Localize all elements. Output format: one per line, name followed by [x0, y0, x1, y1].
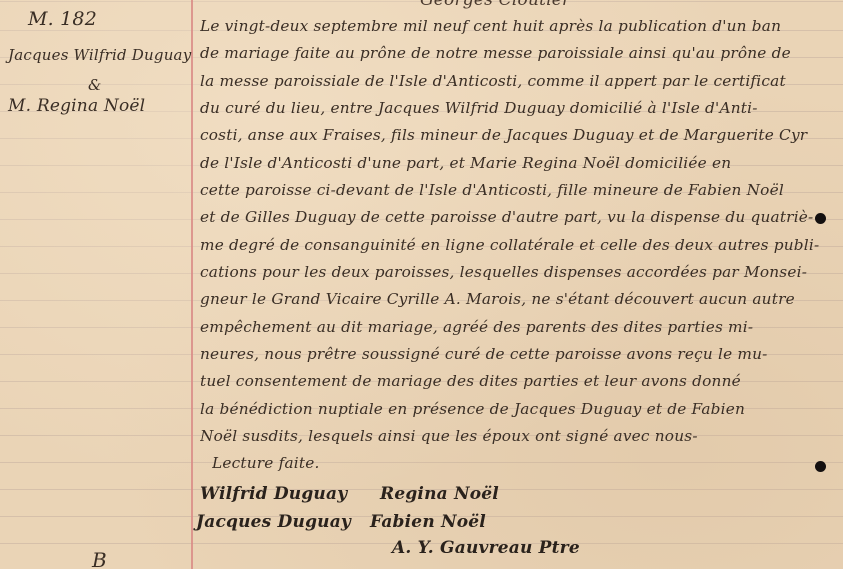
entry-line: Le vingt-deux septembre mil neuf cent hu…	[200, 17, 830, 35]
entry-line: la messe paroissiale de l'Isle d'Anticos…	[200, 72, 830, 90]
signature-groom: Wilfrid Duguay	[200, 484, 347, 504]
binding-hole	[815, 461, 826, 472]
entry-line: gneur le Grand Vicaire Cyrille A. Marois…	[200, 290, 830, 308]
signature-groom-father: Jacques Duguay	[196, 512, 351, 532]
connector: &	[88, 76, 102, 94]
margin-rule	[191, 0, 193, 569]
signature-priest: A. Y. Gauvreau Ptre	[392, 538, 580, 558]
entry-line: et de Gilles Duguay de cette paroisse d'…	[200, 208, 830, 226]
entry-line: costi, anse aux Fraises, fils mineur de …	[200, 126, 830, 144]
entry-line: me degré de consanguinité en ligne colla…	[200, 236, 830, 254]
entry-line: cations pour les deux paroisses, lesquel…	[200, 263, 830, 281]
entry-line: neures, nous prêtre soussigné curé de ce…	[200, 345, 830, 363]
entry-line: cette paroisse ci-devant de l'Isle d'Ant…	[200, 181, 830, 199]
entry-line: du curé du lieu, entre Jacques Wilfrid D…	[200, 99, 830, 117]
entry-line: la bénédiction nuptiale en présence de J…	[200, 400, 830, 418]
signature-bride: Regina Noël	[380, 484, 499, 504]
heading-fragment: Georges Cloutier	[420, 0, 570, 10]
entry-line: de l'Isle d'Anticosti d'une part, et Mar…	[200, 154, 830, 172]
binding-hole	[815, 213, 826, 224]
signature-bride-father: Fabien Noël	[370, 512, 486, 532]
entry-line: Noël susdits, lesquels ainsi que les épo…	[200, 427, 830, 445]
entry-line: empêchement au dit mariage, agréé des pa…	[200, 318, 830, 336]
bride-name: M. Regina Noël	[8, 96, 145, 116]
entry-line: tuel consentement de mariage des dites p…	[200, 372, 830, 390]
groom-name: Jacques Wilfrid Duguay	[8, 46, 191, 64]
entry-number: M. 182	[28, 8, 97, 30]
next-entry-fragment: B	[92, 548, 107, 569]
entry-line: de mariage faite au prône de notre messe…	[200, 44, 830, 62]
entry-line: Lecture faite.	[212, 454, 842, 472]
